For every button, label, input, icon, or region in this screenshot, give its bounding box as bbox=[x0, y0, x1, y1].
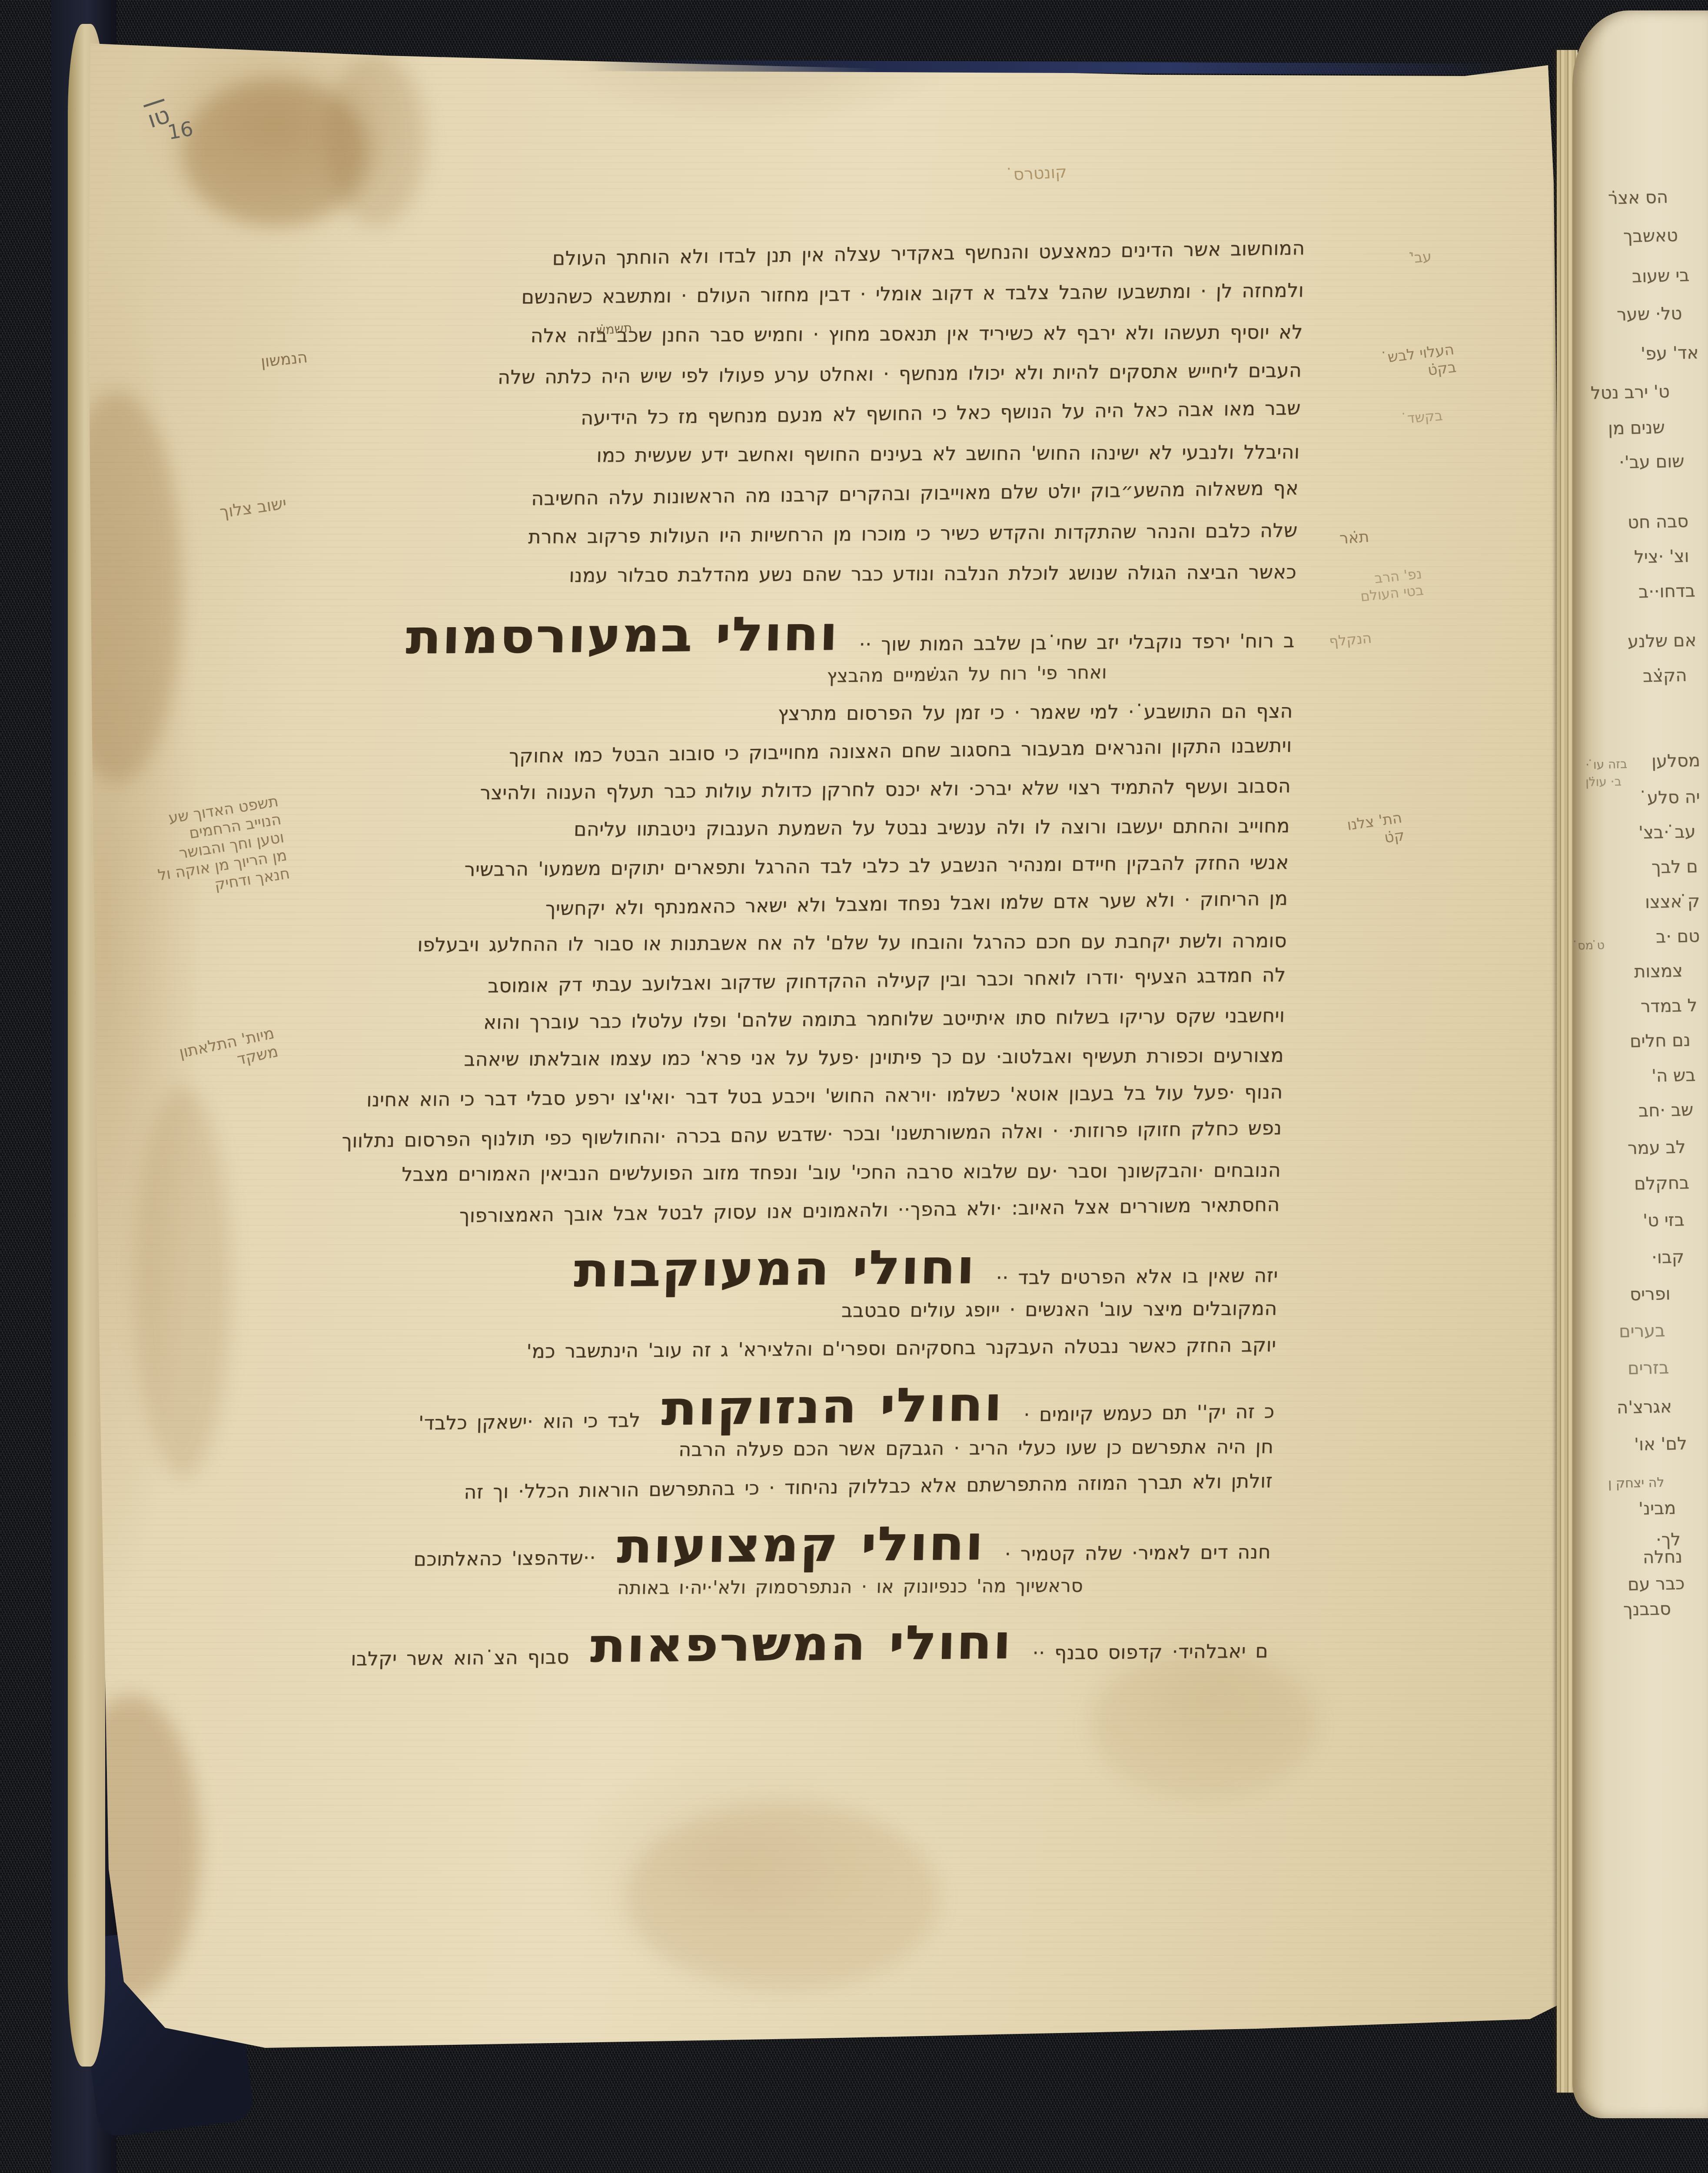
facing-page-line-fragment: ל במדר bbox=[1641, 996, 1698, 1017]
facing-page-line-fragment: קבו· bbox=[1652, 1247, 1685, 1268]
facing-page-line-fragment: שנים מן bbox=[1608, 418, 1665, 439]
stain bbox=[183, 78, 369, 226]
margin-note: ת̇אר bbox=[1339, 528, 1370, 548]
line-text: סומרה ולשת יקחבת עם חכם כהרגל והובחו על … bbox=[417, 930, 1287, 956]
line-text: מחוייב והחתם יעשבו ורוצה לו ולה ענשיב נב… bbox=[574, 815, 1290, 841]
facing-page-line-fragment: ט̇ מס̇ bbox=[1578, 938, 1605, 952]
stain bbox=[135, 1086, 230, 1478]
facing-page-line-fragment: הק̇צב bbox=[1643, 665, 1687, 686]
facing-page-line-fragment: טאשבך bbox=[1623, 226, 1678, 247]
facing-page-line-fragment: בדחו··ב bbox=[1638, 581, 1695, 602]
stain bbox=[1091, 1651, 1317, 1799]
section-heading-line: חנה דים לאמיר· שלה קטמיר ·וחולי קמצועות·… bbox=[388, 1510, 1272, 1580]
line-text: ··שדהפצו' כהאלתוכם bbox=[413, 1547, 596, 1571]
line-text: כאשר הביצה הגולה שנושג לוכלת הנלבה ונודע… bbox=[569, 561, 1297, 587]
facing-page-line-fragment: סבה חט bbox=[1628, 512, 1689, 533]
facing-page-line-fragment: ט' ירב נטל bbox=[1591, 382, 1670, 403]
facing-page-line-fragment: שום עב'· bbox=[1619, 451, 1685, 472]
margin-note: נפ' הרבבטי העולם bbox=[1358, 565, 1424, 605]
line-text: ב רוח' ירפד נוקבלי יזב שחי̇ בן שלבב המות… bbox=[859, 630, 1295, 656]
facing-page-line-fragment: מסלען bbox=[1652, 751, 1701, 771]
facing-page-line-fragment: בחקלם bbox=[1634, 1173, 1690, 1194]
facing-page-line-fragment: ב· עו̇לן bbox=[1585, 774, 1622, 789]
section-heading: וחולי קמצועות bbox=[616, 1515, 985, 1574]
text-line: לא יוסיף תעשהו ולא ירבף לא כשיריד אין תנ… bbox=[420, 321, 1303, 365]
foliation-number: 16 bbox=[166, 116, 195, 144]
line-text: לבד כי הוא ·ישאקן כלבד' bbox=[418, 1409, 641, 1434]
text-block: המוחשוב אשר הדינים כמאצעט והנחשף באקדיר … bbox=[385, 239, 1305, 1679]
facing-page-edge bbox=[1572, 10, 1708, 2118]
facing-page-line-fragment: בזרים bbox=[1628, 1358, 1669, 1379]
text-line: מחוייב והחתם יעשבו ורוצה לו ולה ענשיב נב… bbox=[407, 815, 1290, 857]
facing-page-line-fragment: טל· שער bbox=[1617, 303, 1682, 325]
line-text: יזה שאין בו אלא הפרטים לבד ·· bbox=[996, 1264, 1278, 1289]
text-line: סראשיוך מה' כנפיונוק או · הנתפרסמוק ולא'… bbox=[387, 1574, 1270, 1615]
stain bbox=[326, 52, 426, 226]
facing-page-line-fragment: לם' או' bbox=[1634, 1434, 1688, 1455]
section-heading-line: כ זה יק'' תם כעמש קיומים ·וחולי הנזוקותל… bbox=[392, 1370, 1275, 1444]
section-heading-line: ב רוח' ירפד נוקבלי יזב שחי̇ בן שלבב המות… bbox=[412, 599, 1296, 669]
line-text: ם יאבלהיד· קדפוס סבנף ·· bbox=[1032, 1640, 1269, 1665]
facing-page-line-fragment: ופריס bbox=[1630, 1284, 1671, 1305]
line-text: סבוף הצ̇ הוא אשר יקלבו bbox=[351, 1646, 570, 1670]
section-heading: וחולי הנזוקות bbox=[661, 1376, 1004, 1436]
facing-page-line-fragment: נם חלים bbox=[1630, 1030, 1691, 1052]
facing-page-line-fragment: לב עמר bbox=[1628, 1137, 1686, 1159]
stain bbox=[626, 1804, 939, 1990]
line-text: הנובחים ·והבקשונך וסבר ·עם שלבוא סרבה הח… bbox=[401, 1159, 1281, 1186]
facing-page-line-fragment: בש ה' bbox=[1652, 1065, 1696, 1086]
facing-page-line-fragment: אם שלנע bbox=[1628, 630, 1697, 651]
foliation-mark: טו 16 bbox=[148, 103, 197, 131]
facing-page-line-fragment: עב̇ ·בצ' bbox=[1638, 822, 1696, 843]
facing-page-line-fragment: בערים bbox=[1619, 1321, 1665, 1342]
margin-note: בקשד̇ bbox=[1406, 407, 1443, 427]
facing-page-line-fragment: בזה עו̇ · bbox=[1585, 757, 1628, 772]
section-heading-line: ם יאבלהיד· קדפוס סבנף ··וחולי המשרפאותסב… bbox=[385, 1610, 1269, 1679]
facing-page-line-fragment: נחלה bbox=[1643, 1547, 1683, 1568]
section-heading: וחולי במעורסמות bbox=[405, 606, 839, 665]
text-line: מצורעים וכפורת תעשיף ואבלטוב· עם כך פיתו… bbox=[401, 1044, 1284, 1087]
text-line: המקובלים מיצר עוב' האנשים · ייופג עולים … bbox=[394, 1297, 1277, 1340]
facing-page-line-fragment: שב ·חב bbox=[1638, 1100, 1694, 1121]
facing-page-line-fragment: סבבנך bbox=[1623, 1599, 1671, 1620]
facing-page-line-fragment: אגרצ'ה bbox=[1617, 1397, 1672, 1418]
facing-page-line-fragment: לה יצחק ן bbox=[1608, 1475, 1665, 1492]
section-heading: וחולי המשרפאות bbox=[590, 1614, 1013, 1673]
facing-page-line-fragment: אד' עפ' bbox=[1641, 343, 1699, 364]
margin-note: עב̇' bbox=[1409, 248, 1432, 267]
line-text: חן היה אתפרשם כן שעו כעלי הריב · הגבקם א… bbox=[678, 1435, 1274, 1461]
facing-page-line-fragment: הס אצ̇ר bbox=[1608, 187, 1668, 209]
section-heading-line: יזה שאין בו אלא הפרטים לבד ··וחולי המעוק… bbox=[395, 1234, 1279, 1303]
line-text: מצורעים וכפורת תעשיף ואבלטוב· עם כך פיתו… bbox=[464, 1044, 1284, 1070]
line-text: ואחר פי' רוח על הג̇שמיים מהבצץ bbox=[827, 661, 1107, 687]
line-text: הצף הם התושבע̇ · למי שאמר · כי זמן על הפ… bbox=[778, 700, 1293, 725]
facing-page-line-fragment: בזי ט' bbox=[1643, 1210, 1685, 1231]
facing-page-line-fragment: מבינ' bbox=[1638, 1498, 1676, 1519]
line-text: חנה דים לאמיר· שלה קטמיר · bbox=[1004, 1541, 1271, 1565]
line-text: לא יוסיף תעשהו ולא ירבף לא כשיריד אין תנ… bbox=[530, 321, 1303, 347]
facing-page-line-fragment: וצ' ·ציל bbox=[1634, 546, 1689, 568]
facing-page-line-fragment: ק̇ אצצו bbox=[1645, 891, 1700, 913]
facing-page-line-fragment: יה סלע̇ bbox=[1647, 787, 1700, 808]
section-heading: וחולי המעוקבות bbox=[573, 1239, 976, 1298]
line-text: והיבלל ולנבעי לא ישינהו החוש' החושב לא ב… bbox=[596, 441, 1300, 467]
facing-page-line-fragment: ם לבך bbox=[1652, 857, 1698, 877]
facing-page-line-fragment: טם ·ב bbox=[1656, 926, 1700, 947]
line-text: סראשיוך מה' כנפיונוק או · הנתפרסמוק ולא'… bbox=[617, 1575, 1083, 1598]
facing-page-line-fragment: כבר עם bbox=[1628, 1574, 1685, 1595]
facing-page-line-fragment: צמצות bbox=[1634, 961, 1683, 982]
text-line: כאשר הביצה הגולה שנושג לוכלת הנלבה ונודע… bbox=[413, 561, 1296, 605]
line-text: כ זה יק'' תם כעמש קיומים · bbox=[1023, 1400, 1275, 1426]
interlinear-note: תשמ̇ש bbox=[596, 320, 633, 338]
facing-page-line-fragment: בי שעוב bbox=[1632, 266, 1690, 287]
line-text: המקובלים מיצר עוב' האנשים · ייופג עולים … bbox=[841, 1297, 1277, 1322]
manuscript-photo: טו 16 קונטרס̇ המוחשוב אשר הדינים כמאצעט … bbox=[0, 0, 1708, 2173]
